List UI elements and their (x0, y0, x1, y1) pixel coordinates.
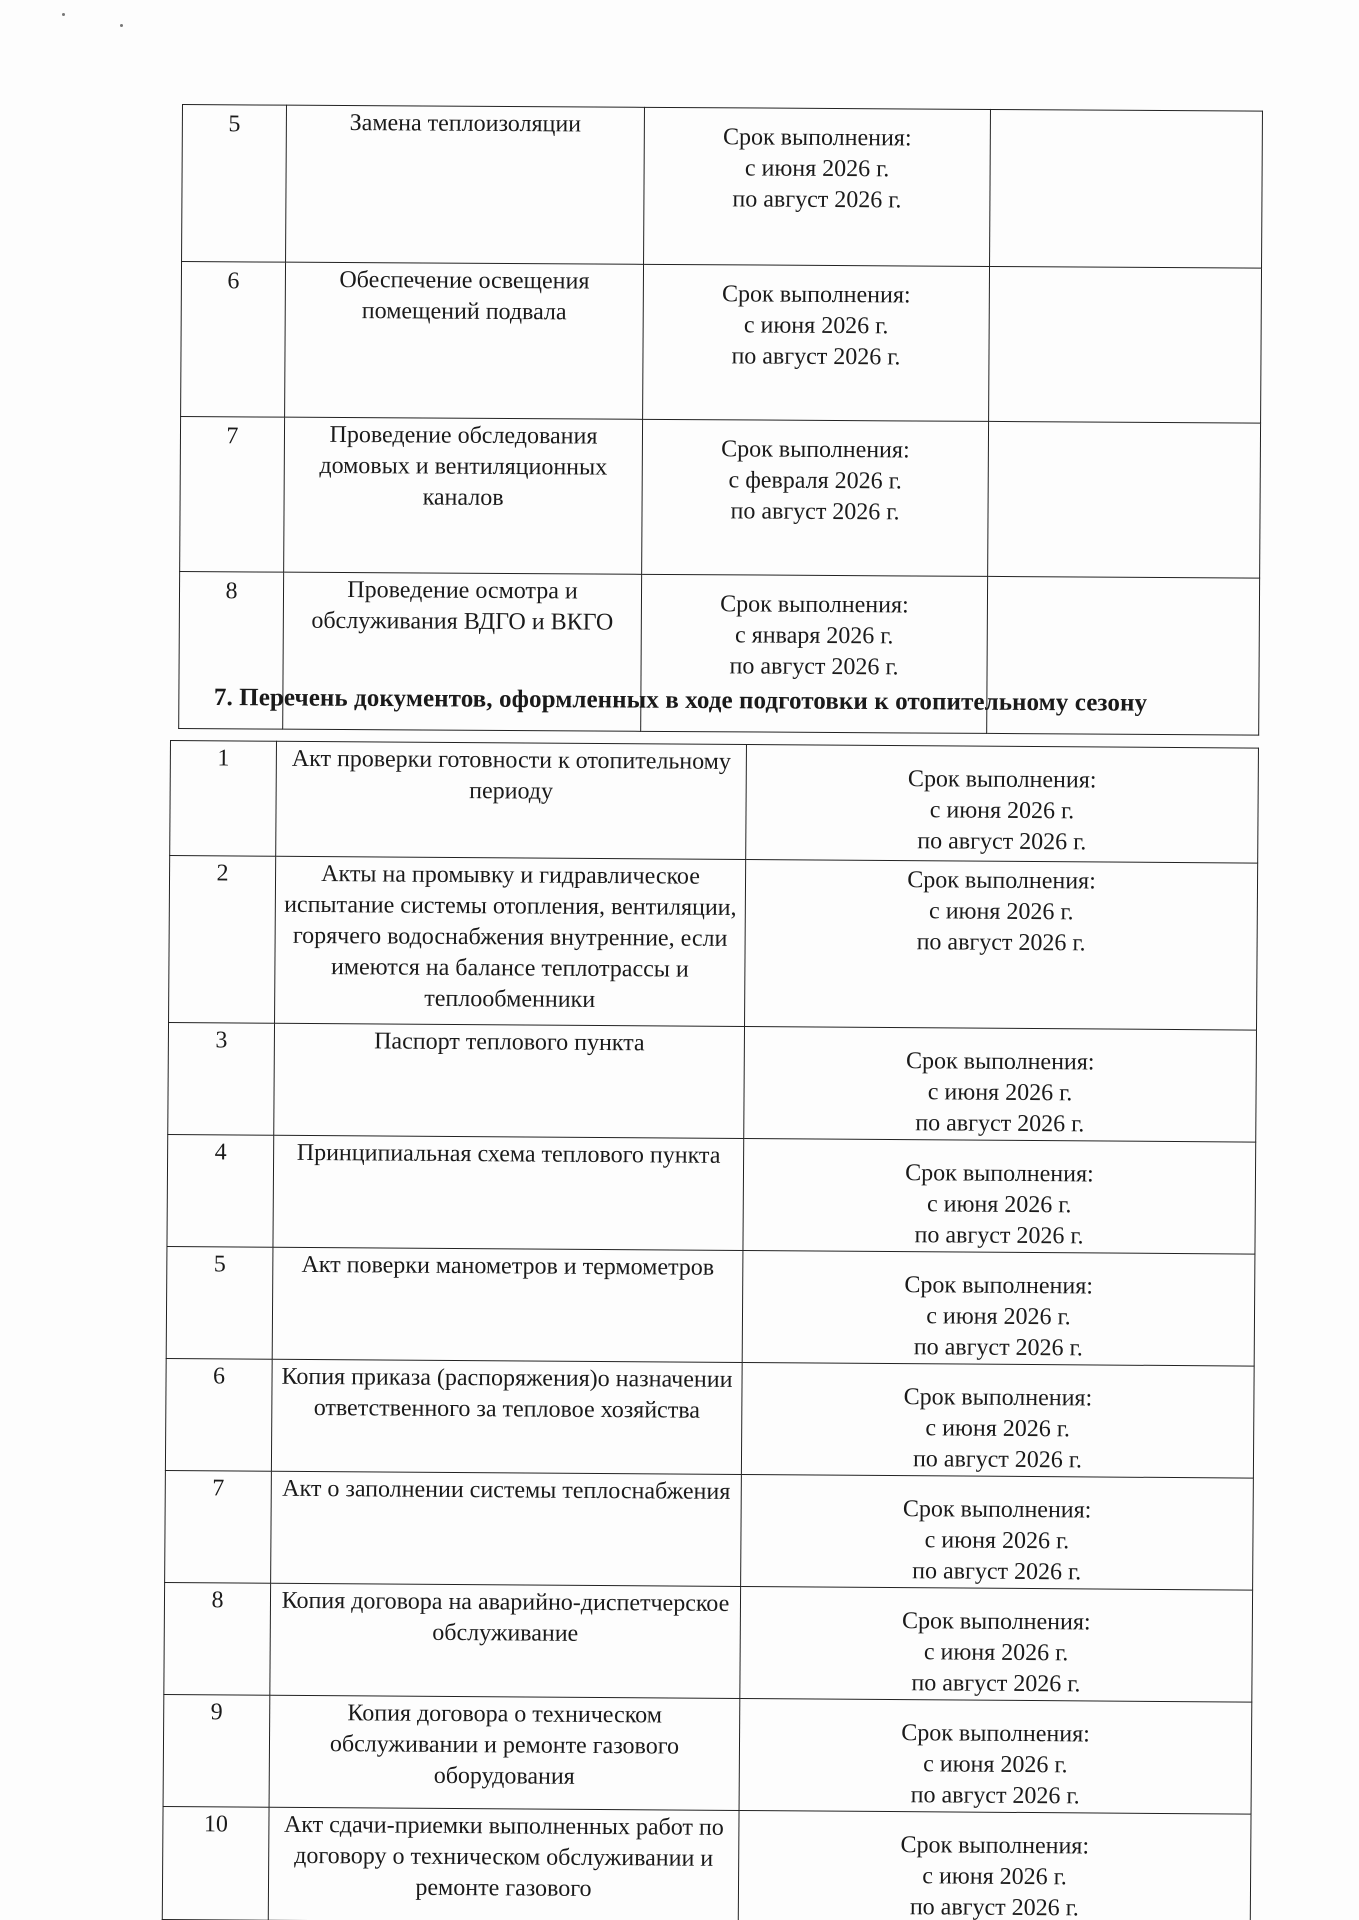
deadline-cell: Срок выполнения:с июня 2026 г.по август … (746, 745, 1259, 864)
table-row: 6Копия приказа (распоряжения)о назначени… (165, 1358, 1254, 1478)
deadline-start: с июня 2026 г. (650, 310, 983, 343)
table-row: 5Акт поверки манометров и термометровСро… (166, 1246, 1255, 1366)
row-number: 4 (167, 1134, 274, 1247)
deadline-start: с июня 2026 г. (747, 1524, 1246, 1558)
scanned-page: 5Замена теплоизоляцииСрок выполнения:с и… (0, 0, 1359, 1920)
deadline-label: Срок выполнения: (748, 1381, 1247, 1415)
item-name: Копия приказа (распоряжения)о назначении… (271, 1359, 742, 1474)
item-name: Акт сдачи-приемки выполненных работ по д… (268, 1807, 739, 1920)
deadline-end: по август 2026 г. (745, 1891, 1244, 1920)
deadline-label: Срок выполнения: (750, 1157, 1249, 1191)
deadline-end: по август 2026 г. (751, 926, 1250, 960)
table-row: 3Паспорт теплового пунктаСрок выполнения… (168, 1022, 1257, 1142)
deadline-cell: Срок выполнения:с июня 2026 г.по август … (740, 1587, 1253, 1703)
item-name: Замена теплоизоляции (286, 105, 645, 264)
row-number: 9 (163, 1694, 270, 1807)
item-name: Паспорт теплового пункта (274, 1023, 745, 1138)
deadline-end: по август 2026 г. (650, 184, 983, 217)
deadline-start: с июня 2026 г. (750, 1188, 1249, 1222)
deadline-cell: Срок выполнения:с июня 2026 г.по август … (742, 1251, 1255, 1367)
item-name: Копия договора на аварийно-диспетчерское… (270, 1583, 741, 1698)
deadline-cell: Срок выполнения:с июня 2026 г.по август … (738, 1810, 1251, 1920)
deadline-label: Срок выполнения: (753, 763, 1252, 797)
deadline-end: по август 2026 г. (750, 1107, 1249, 1141)
row-number: 10 (162, 1806, 269, 1920)
row-number: 6 (165, 1358, 272, 1471)
item-name: Акт о заполнении системы теплоснабжения (271, 1471, 742, 1586)
deadline-label: Срок выполнения: (651, 122, 984, 155)
row-number: 1 (170, 741, 277, 857)
row-number: 7 (180, 416, 285, 572)
scan-speck (62, 13, 65, 16)
deadline-end: по август 2026 г. (648, 496, 981, 529)
table-row: 1Акт проверки готовности к отопительному… (170, 741, 1259, 864)
deadline-end: по август 2026 г. (746, 1667, 1245, 1701)
deadline-end: по август 2026 г. (748, 1443, 1247, 1477)
deadline-label: Срок выполнения: (749, 1269, 1248, 1303)
deadline-cell: Срок выполнения:с июня 2026 г.по август … (741, 1475, 1254, 1591)
row-number: 5 (166, 1246, 273, 1359)
row-number: 2 (169, 856, 276, 1024)
documents-table: 1Акт проверки готовности к отопительному… (162, 740, 1259, 1920)
deadline-label: Срок выполнения: (745, 1829, 1244, 1863)
deadline-end: по август 2026 г. (649, 341, 982, 374)
deadline-start: с июня 2026 г. (747, 1636, 1246, 1670)
deadline-end: по август 2026 г. (747, 1555, 1246, 1589)
row-number: 7 (165, 1470, 272, 1583)
deadline-label: Срок выполнения: (748, 1493, 1247, 1527)
note-cell (989, 266, 1262, 423)
table-row: 9Копия договора о техническом обслуживан… (163, 1694, 1252, 1814)
row-number: 8 (164, 1582, 271, 1695)
deadline-start: с июня 2026 г. (752, 895, 1251, 929)
deadline-label: Срок выполнения: (747, 1605, 1246, 1639)
table-row: 10Акт сдачи-приемки выполненных работ по… (162, 1806, 1251, 1920)
deadline-end: по август 2026 г. (647, 651, 980, 684)
deadline-end: по август 2026 г. (746, 1779, 1245, 1813)
deadline-cell: Срок выполнения:с июня 2026 г.по август … (745, 860, 1258, 1031)
deadline-cell: Срок выполнения:с июня 2026 г.по август … (744, 1027, 1257, 1143)
deadline-start: с июня 2026 г. (651, 153, 984, 186)
deadline-start: с июня 2026 г. (745, 1860, 1244, 1894)
deadline-start: с февраля 2026 г. (649, 465, 982, 498)
table-row: 4Принципиальная схема теплового пунктаСр… (167, 1134, 1256, 1254)
deadline-label: Срок выполнения: (649, 434, 982, 467)
deadline-start: с января 2026 г. (648, 620, 981, 653)
deadline-cell: Срок выполнения:с июня 2026 г.по август … (739, 1699, 1252, 1815)
deadline-start: с июня 2026 г. (752, 794, 1251, 828)
table-row: 7Проведение обследования домовых и венти… (180, 416, 1261, 578)
deadline-label: Срок выполнения: (751, 1045, 1250, 1079)
row-number: 6 (181, 262, 286, 418)
deadline-end: по август 2026 г. (752, 825, 1251, 859)
deadline-cell: Срок выполнения:с июня 2026 г.по август … (741, 1363, 1254, 1479)
deadline-start: с июня 2026 г. (746, 1748, 1245, 1782)
item-name: Копия договора о техническом обслуживани… (269, 1695, 740, 1810)
row-number: 5 (182, 105, 287, 263)
row-number: 3 (168, 1022, 275, 1135)
item-name: Проведение обследования домовых и вентил… (284, 417, 643, 574)
works-table: 5Замена теплоизоляцииСрок выполнения:с и… (178, 104, 1263, 736)
deadline-cell: Срок выполнения:с июня 2026 г.по август … (644, 107, 991, 266)
note-cell (990, 109, 1263, 268)
item-name: Акт проверки готовности к отопительному … (276, 741, 747, 859)
item-name: Акты на промывку и гидравлическое испыта… (275, 856, 746, 1026)
deadline-label: Срок выполнения: (650, 279, 983, 312)
table-row: 5Замена теплоизоляцииСрок выполнения:с и… (182, 105, 1263, 269)
item-name: Обеспечение освещения помещений подвала (285, 262, 644, 419)
deadline-end: по август 2026 г. (749, 1219, 1248, 1253)
deadline-start: с июня 2026 г. (749, 1300, 1248, 1334)
deadline-label: Срок выполнения: (648, 589, 981, 622)
deadline-end: по август 2026 г. (749, 1331, 1248, 1365)
section-7-title: 7. Перечень документов, оформленных в хо… (214, 684, 1147, 718)
deadline-start: с июня 2026 г. (750, 1076, 1249, 1110)
deadline-cell: Срок выполнения:с июня 2026 г.по август … (643, 264, 990, 421)
scan-speck (120, 24, 123, 27)
deadline-cell: Срок выполнения:с июня 2026 г.по август … (743, 1139, 1256, 1255)
deadline-cell: Срок выполнения:с февраля 2026 г.по авгу… (642, 419, 989, 576)
table-row: 6Обеспечение освещения помещений подвала… (181, 262, 1262, 424)
deadline-label: Срок выполнения: (752, 864, 1251, 898)
item-name: Принципиальная схема теплового пункта (273, 1135, 744, 1250)
item-name: Акт поверки манометров и термометров (272, 1247, 743, 1362)
deadline-start: с июня 2026 г. (748, 1412, 1247, 1446)
table-row: 2Акты на промывку и гидравлическое испыт… (169, 856, 1258, 1031)
note-cell (988, 421, 1261, 578)
deadline-label: Срок выполнения: (746, 1717, 1245, 1751)
table-row: 7Акт о заполнении системы теплоснабжения… (165, 1470, 1254, 1590)
table-row: 8Копия договора на аварийно-диспетчерско… (164, 1582, 1253, 1702)
